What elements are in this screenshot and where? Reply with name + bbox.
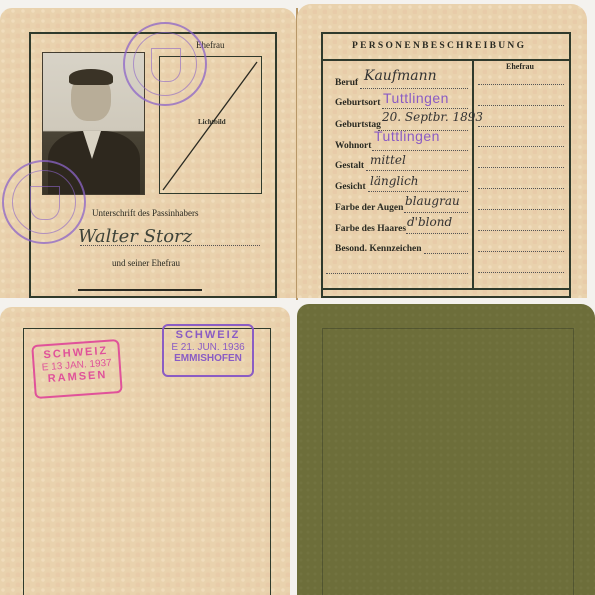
field-rule (424, 253, 468, 254)
description-title: PERSONENBESCHREIBUNG (352, 41, 526, 51)
field-rule (382, 108, 468, 109)
spouse-rule (478, 84, 564, 85)
field-rule (378, 130, 468, 131)
field-value: Kaufmann (364, 68, 437, 84)
field-label: Geburtsort (335, 98, 380, 108)
stamp-ramsen: SCHWEIZ E 13 JAN. 1937 RAMSEN (31, 339, 123, 399)
column-divider (472, 60, 474, 288)
spouse-photo-label: Lichtbild (198, 118, 226, 126)
spouse-rule (478, 251, 564, 252)
field-rule (368, 191, 468, 192)
spouse-rule (478, 167, 564, 168)
field-value: d'blond (407, 215, 452, 229)
spouse-rule (478, 126, 564, 127)
spouse-rule (478, 146, 564, 147)
field-rule (326, 273, 468, 274)
spouse-rule (478, 105, 564, 106)
holder-signature-label: Unterschrift des Passinhabers (92, 208, 198, 218)
field-value: mittel (370, 153, 406, 167)
spouse-signature-line (78, 289, 202, 291)
field-label: Farbe der Augen (335, 203, 403, 213)
spouse-rule (478, 272, 564, 273)
field-value: blaugrau (405, 194, 460, 208)
field-value: länglich (370, 174, 419, 188)
title-divider (321, 59, 571, 61)
holder-signature: Walter Storz (78, 226, 192, 247)
stamp-country: SCHWEIZ (164, 329, 252, 342)
spouse-rule (478, 188, 564, 189)
cover-frame (322, 328, 574, 595)
field-rule (360, 88, 468, 89)
spouse-rule (478, 230, 564, 231)
spouse-signature-label: und seiner Ehefrau (112, 258, 180, 268)
stamp-place: EMMISHOFEN (164, 353, 252, 365)
field-value: 20. Septbr. 1893 (382, 110, 483, 124)
field-label: Gestalt (335, 161, 364, 171)
field-rule (372, 150, 468, 151)
field-label: Beruf (335, 78, 358, 88)
spouse-rule (478, 209, 564, 210)
stamp-date: E 21. JUN. 1936 (164, 342, 252, 354)
hair (69, 69, 113, 85)
field-label: Gesicht (335, 182, 366, 192)
police-seal-top (123, 22, 207, 106)
police-seal-left (2, 160, 86, 244)
field-label: Besond. Kennzeichen (335, 244, 422, 254)
field-rule (366, 170, 468, 171)
field-label: Wohnort (335, 141, 371, 151)
spouse-column-header: Ehefrau (506, 62, 534, 71)
stamp-emmishofen: SCHWEIZ E 21. JUN. 1936 EMMISHOFEN (162, 324, 254, 377)
field-rule (406, 233, 468, 234)
field-label: Farbe des Haares (335, 224, 406, 234)
field-value-stamp: Tuttlingen (383, 90, 449, 106)
field-rule (404, 212, 468, 213)
signature-line (80, 245, 260, 246)
bottom-divider (321, 288, 571, 290)
